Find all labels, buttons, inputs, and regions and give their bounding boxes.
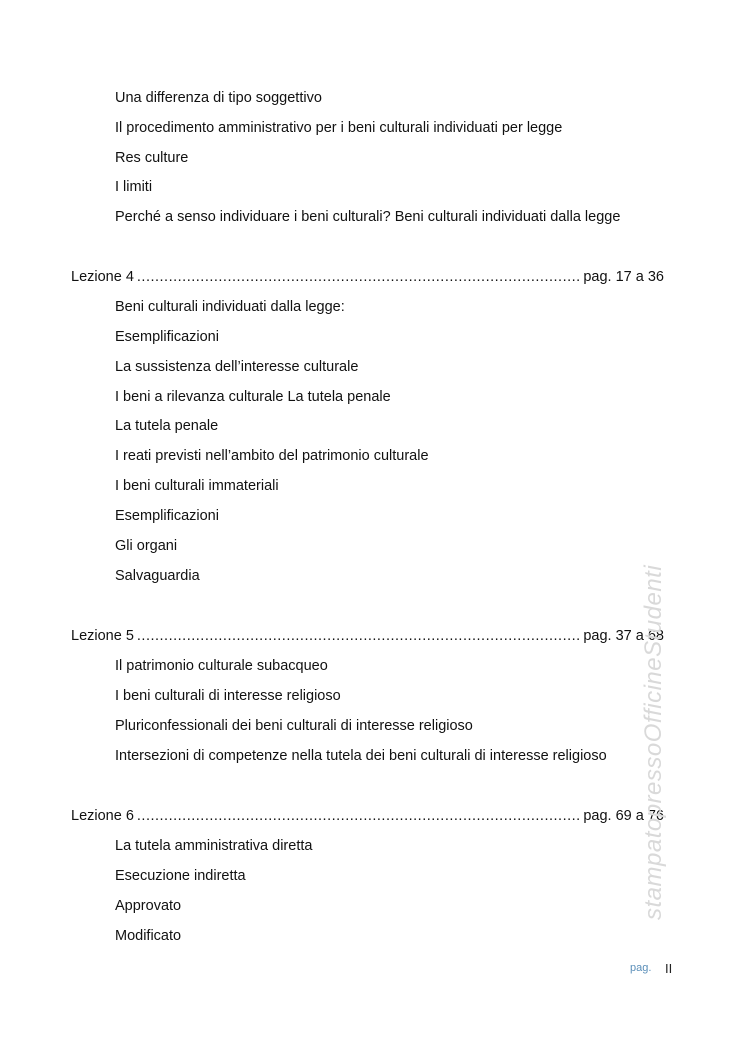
toc-item: Esemplificazioni — [115, 507, 219, 525]
toc-item: Modificato — [115, 927, 181, 945]
toc-lesson-heading: Lezione 6 pag. 69 a 76 — [71, 807, 664, 825]
lesson-title: Lezione 6 — [71, 807, 134, 825]
lesson-pages: pag. 17 a 36 — [583, 268, 664, 286]
toc-item: I beni culturali immateriali — [115, 477, 279, 495]
footer-page-number: II — [665, 961, 672, 976]
toc-item: I limiti — [115, 178, 152, 196]
toc-item: I reati previsti nell’ambito del patrimo… — [115, 447, 429, 465]
watermark: stampatopressoOfficineStudenti — [640, 565, 668, 920]
toc-item: Approvato — [115, 897, 181, 915]
toc-item: I beni culturali di interesse religioso — [115, 687, 341, 705]
toc-item: La tutela amministrativa diretta — [115, 837, 312, 855]
toc-item: Intersezioni di competenze nella tutela … — [115, 747, 607, 765]
toc-item: Res culture — [115, 149, 188, 167]
footer-page-label: pag. — [630, 962, 651, 974]
toc-item: Beni culturali individuati dalla legge: — [115, 298, 345, 316]
toc-item: I beni a rilevanza culturale La tutela p… — [115, 388, 391, 406]
toc-lesson-heading: Lezione 5 pag. 37 a 68 — [71, 627, 664, 645]
toc-item: Gli organi — [115, 537, 177, 555]
toc-item: Una differenza di tipo soggettivo — [115, 89, 322, 107]
toc-item: Esemplificazioni — [115, 328, 219, 346]
toc-item: Salvaguardia — [115, 567, 200, 585]
toc-item: Pluriconfessionali dei beni culturali di… — [115, 717, 473, 735]
lesson-title: Lezione 4 — [71, 268, 134, 286]
toc-item: La tutela penale — [115, 417, 218, 435]
toc-item: Perché a senso individuare i beni cultur… — [115, 208, 620, 226]
toc-lesson-heading: Lezione 4 pag. 17 a 36 — [71, 268, 664, 286]
lesson-title: Lezione 5 — [71, 627, 134, 645]
toc-item: Il patrimonio culturale subacqueo — [115, 657, 328, 675]
leader-dots — [137, 807, 580, 825]
leader-dots — [137, 627, 580, 645]
toc-item: Il procedimento amministrativo per i ben… — [115, 119, 562, 137]
leader-dots — [137, 268, 580, 286]
toc-item: Esecuzione indiretta — [115, 867, 246, 885]
toc-item: La sussistenza dell’interesse culturale — [115, 358, 358, 376]
